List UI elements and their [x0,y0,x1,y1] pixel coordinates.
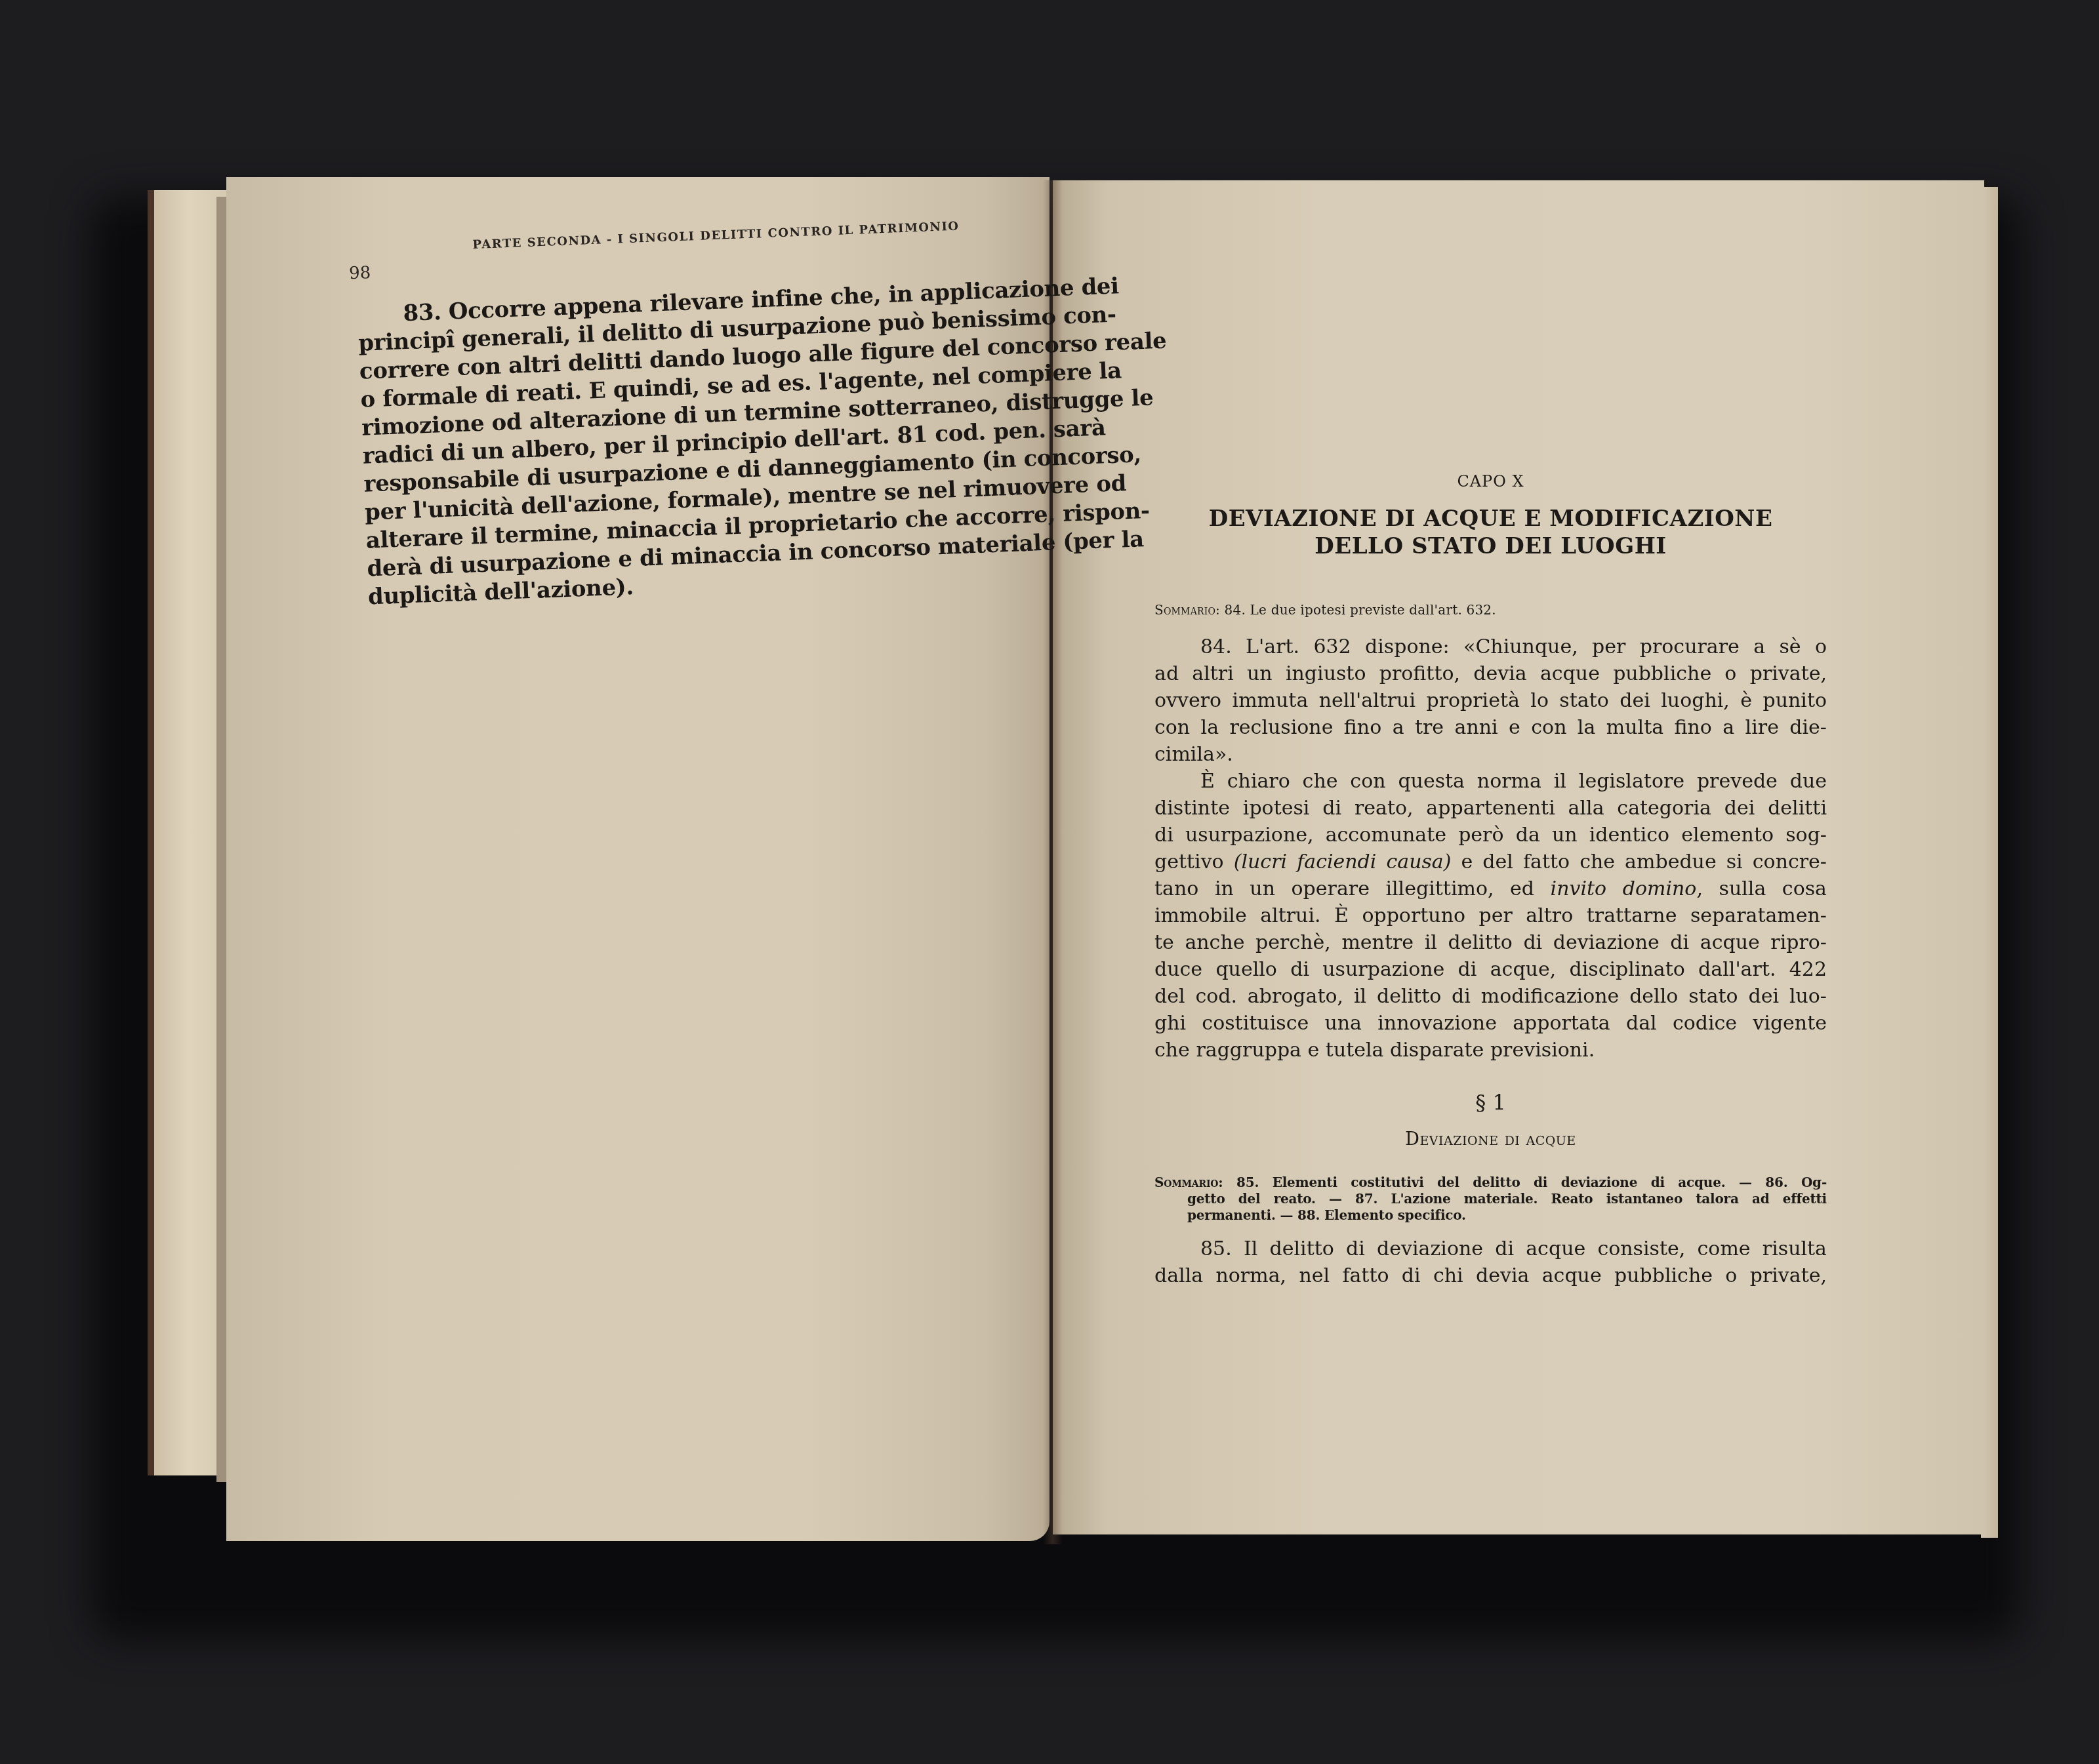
chapter-title: DEVIAZIONE DI ACQUE E MODIFICAZIONE DELL… [1154,505,1827,560]
text-span: e del fatto che ambedue si concre- [1451,851,1827,873]
chapter-title-line: DELLO STATO DEI LUOGHI [1154,532,1827,560]
text-line: getto del reato. — 87. L'azione material… [1154,1191,1827,1207]
paragraph-85: 85. Il delitto di deviazione di acque co… [1154,1235,1827,1289]
section-summary: Sommario: 85. Elementi costitutivi del d… [1154,1174,1827,1224]
text-line: con la reclusione fino a tre anni e con … [1154,714,1827,741]
text-line: te anche perchè, mentre il delitto di de… [1154,929,1827,956]
paragraph-84: 84. L'art. 632 dispone: «Chiunque, per p… [1154,633,1827,1064]
text-line: che raggruppa e tutela disparate previsi… [1154,1037,1827,1064]
text-line: ghi costituisce una innovazione apportat… [1154,1010,1827,1037]
text-line: ad altri un ingiusto profitto, devia acq… [1154,660,1827,687]
chapter-summary: Sommario: 84. Le due ipotesi previste da… [1154,601,1827,619]
section-mark: § 1 [1154,1090,1827,1115]
text-span: tano in un operare illegittimo, ed [1154,877,1551,900]
paragraph-83: 83. Occorre appena rilevare infine che, … [357,277,1017,612]
text-line: di usurpazione, accomunate però da un id… [1154,822,1827,849]
latin-phrase: invito domino [1551,877,1697,900]
summary-text: 84. Le due ipotesi previste dall'art. 63… [1225,602,1496,618]
text-line: ovvero immuta nell'altrui proprietà lo s… [1154,687,1827,714]
text-line: duce quello di usurpazione di acque, dis… [1154,956,1827,983]
summary-label: Sommario: [1154,1174,1223,1190]
text-line: immobile altrui. È opportuno per altro t… [1154,902,1827,929]
text-span: gettivo [1154,851,1234,873]
text-line: tano in un operare illegittimo, ed invit… [1154,875,1827,902]
text-line: del cod. abrogato, il delitto di modific… [1154,983,1827,1010]
latin-phrase: (lucri faciendi causa) [1234,851,1452,873]
text-line: 85. Il delitto di deviazione di acque co… [1154,1235,1827,1262]
text-line: cimila». [1154,741,1827,768]
chapter-title-line: DEVIAZIONE DI ACQUE E MODIFICAZIONE [1154,505,1827,532]
section-title: Deviazione di acque [1154,1129,1827,1150]
text-line: È chiaro che con questa norma il legisla… [1154,768,1827,795]
summary-text: 85. Elementi costitutivi del delitto di … [1236,1174,1827,1190]
chapter-label: CAPO X [1154,472,1827,491]
summary-label: Sommario: [1154,602,1220,618]
text-line: Sommario: 85. Elementi costitutivi del d… [1154,1174,1827,1191]
right-page-content: CAPO X DEVIAZIONE DI ACQUE E MODIFICAZIO… [1154,472,1827,1289]
text-line: permanenti. — 88. Elemento specifico. [1154,1207,1827,1224]
text-span: , sulla cosa [1696,877,1827,900]
text-line: 84. L'art. 632 dispone: «Chiunque, per p… [1154,633,1827,660]
text-line: dalla norma, nel fatto di chi devia acqu… [1154,1262,1827,1289]
text-line: distinte ipotesi di reato, appartenenti … [1154,795,1827,822]
text-line: gettivo (lucri faciendi causa) e del fat… [1154,849,1827,875]
page-number: 98 [349,263,371,283]
